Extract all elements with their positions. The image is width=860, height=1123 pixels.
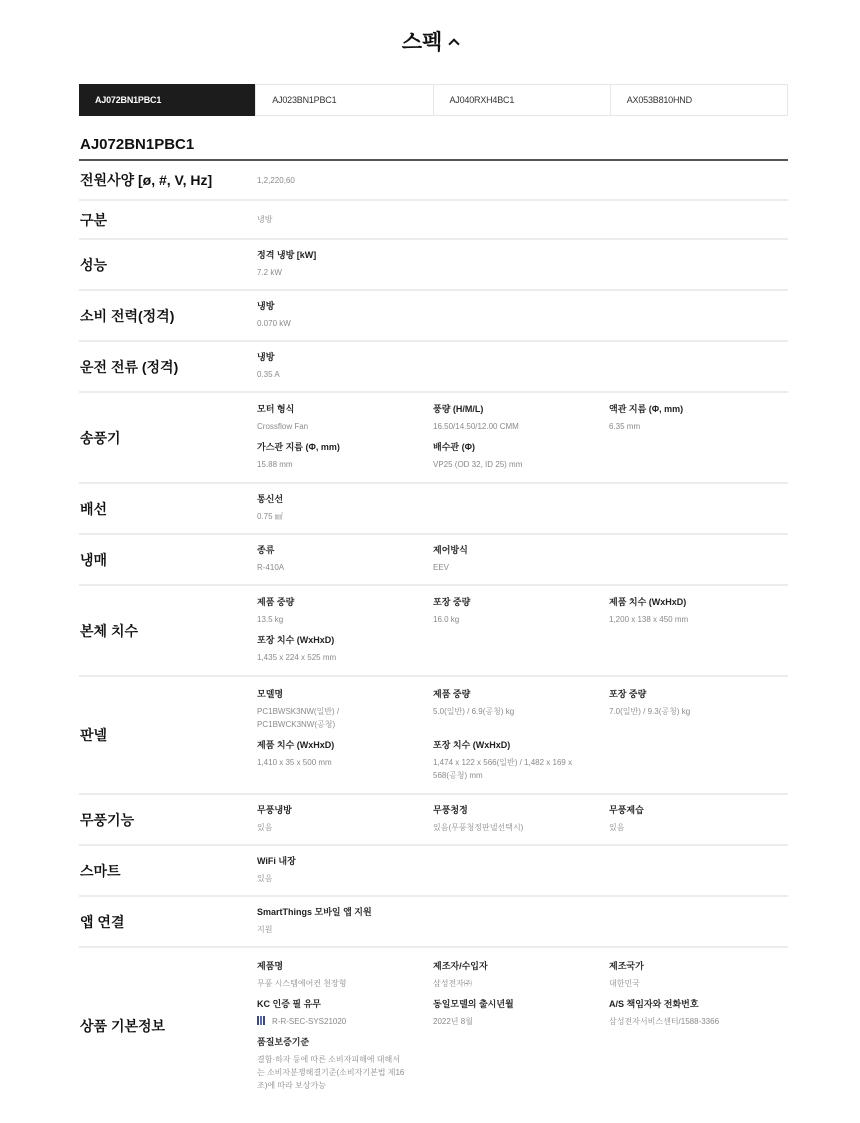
spec-item: WiFi 내장 있음: [257, 855, 433, 893]
spec-item: 배수관 (Φ) VP25 (OD 32, ID 25) mm: [433, 441, 609, 479]
spec-item-name: 제조국가: [609, 960, 785, 973]
spec-item: 무풍냉방 있음: [257, 804, 433, 842]
page-title: 스펙: [402, 26, 443, 56]
kc-cert-number: R-R-SEC-SYS21020: [272, 1017, 346, 1026]
spec-item-value: 7.0(일반) / 9.3(공청) kg: [609, 705, 785, 718]
spec-item-name: SmartThings 모바일 앱 지원: [257, 906, 557, 919]
spec-section-header: 스펙: [0, 26, 860, 56]
spec-item-name: 배수관 (Φ): [433, 441, 609, 454]
spec-label: 본체 치수: [79, 621, 257, 641]
spec-value: 1,2,220,60: [257, 176, 295, 185]
spec-item-value: 있음: [257, 872, 433, 885]
spec-item-value: VP25 (OD 32, ID 25) mm: [433, 458, 609, 471]
spec-label: 구분: [79, 210, 257, 230]
model-tabs: AJ072BN1PBC1 AJ023BN1PBC1 AJ040RXH4BC1 A…: [79, 84, 788, 116]
spec-item-name: 무풍청정: [433, 804, 609, 817]
spec-item-name: 풍량 (H/M/L): [433, 403, 609, 416]
spec-item: KC 인증 필 유무 R-R-SEC-SYS21020: [257, 998, 433, 1036]
spec-label: 스마트: [79, 861, 257, 881]
spec-item-name: 포장 치수 (WxHxD): [433, 739, 609, 752]
spec-label: 앱 연결: [79, 912, 257, 932]
spec-row-type: 구분 냉방: [79, 201, 788, 240]
spec-item-name: 제품 치수 (WxHxD): [609, 596, 785, 609]
spec-item-value: 15.88 mm: [257, 458, 433, 471]
spec-item-name: 무풍냉방: [257, 804, 433, 817]
spec-item: 풍량 (H/M/L) 16.50/14.50/12.00 CMM: [433, 403, 609, 441]
spec-item: 무풍제습 있음: [609, 804, 785, 842]
spec-item-name: 제조자/수입자: [433, 960, 609, 973]
spec-item-name: 포장 중량: [609, 688, 785, 701]
spec-item-name: 액관 지름 (Φ, mm): [609, 403, 785, 416]
spec-item-value: 삼성전자㈜: [433, 977, 609, 990]
spec-label: 송풍기: [79, 428, 257, 448]
chevron-up-icon: [449, 38, 460, 49]
spec-item-name: A/S 책임자와 전화번호: [609, 998, 785, 1011]
spec-item-value: 6.35 mm: [609, 420, 785, 433]
spec-item-value: 있음: [257, 821, 433, 834]
spec-row-body-dimensions: 본체 치수 제품 중량 13.5 kg 포장 중량 16.0 kg 제품 치수 …: [79, 586, 788, 677]
spec-item: 무풍청정 있음(무풍청정판넬선택시): [433, 804, 609, 842]
spec-item-value: 1,410 x 35 x 500 mm: [257, 756, 433, 769]
spec-row-power-consumption: 소비 전력(정격) 냉방 0.070 kW: [79, 291, 788, 342]
spec-items: 정격 냉방 [kW] 7.2 kW: [257, 238, 788, 291]
spec-item: 동일모델의 출시년월 2022년 8월: [433, 998, 609, 1036]
spec-label: 상품 기본정보: [79, 1016, 257, 1036]
spec-label: 무풍기능: [79, 810, 257, 830]
spec-item-name: 동일모델의 출시년월: [433, 998, 609, 1011]
spec-item-name: 제품명: [257, 960, 433, 973]
spec-row-operating-current: 운전 전류 (정격) 냉방 0.35 A: [79, 342, 788, 393]
spec-items: 제품 중량 13.5 kg 포장 중량 16.0 kg 제품 치수 (WxHxD…: [257, 585, 788, 676]
spec-item-name: 무풍제습: [609, 804, 785, 817]
spec-item-name: 제어방식: [433, 544, 609, 557]
model-title: AJ072BN1PBC1: [80, 136, 194, 153]
spec-row-basic-info: 상품 기본정보 제품명 무풍 시스템에어컨 천장형 제조자/수입자 삼성전자㈜ …: [79, 948, 788, 1104]
spec-item-name: 가스관 지름 (Φ, mm): [257, 441, 433, 454]
spec-item-name: 모델명: [257, 688, 433, 701]
spec-item-name: 품질보증기준: [257, 1036, 433, 1049]
spec-item-name: 포장 치수 (WxHxD): [257, 634, 433, 647]
spec-item: 정격 냉방 [kW] 7.2 kW: [257, 249, 433, 287]
spec-item-value: 0.070 kW: [257, 317, 433, 330]
spec-item: 제품 중량 13.5 kg: [257, 596, 433, 634]
spec-items: WiFi 내장 있음: [257, 844, 788, 897]
spec-value: 냉방: [257, 214, 272, 225]
spec-item: 품질보증기준 결함·하자 등에 따른 소비자피해에 대해서는 소비자분쟁해결기준…: [257, 1036, 433, 1100]
spec-item-value: 삼성전자서비스센터/1588-3366: [609, 1015, 785, 1028]
spec-label: 운전 전류 (정격): [79, 357, 257, 377]
spec-item: 포장 중량 16.0 kg: [433, 596, 609, 634]
spec-item-name: 냉방: [257, 300, 433, 313]
spec-item: 통신선 0.75 ㎟: [257, 493, 433, 531]
spec-item-value: 있음(무풍청정판넬선택시): [433, 821, 609, 834]
spec-item-name: KC 인증 필 유무: [257, 998, 433, 1011]
tab-model-1[interactable]: AJ072BN1PBC1: [79, 84, 255, 116]
spec-item: 제품 중량 5.0(일반) / 6.9(공청) kg: [433, 688, 609, 739]
spec-table: 전원사양 [ø, #, V, Hz] 1,2,220,60 구분 냉방 성능 정…: [79, 159, 788, 1104]
spec-items: 모터 형식 Crossflow Fan 풍량 (H/M/L) 16.50/14.…: [257, 392, 788, 483]
spec-item-value: 1,200 x 138 x 450 mm: [609, 613, 785, 626]
spec-item: A/S 책임자와 전화번호 삼성전자서비스센터/1588-3366: [609, 998, 785, 1036]
spec-item-value: 0.35 A: [257, 368, 433, 381]
spec-item: 제조국가 대한민국: [609, 960, 785, 998]
spec-item-name: 통신선: [257, 493, 433, 506]
spec-item: 모델명 PC1BWSK3NW(일반) / PC1BWCK3NW(공청): [257, 688, 433, 739]
spec-item: 제조자/수입자 삼성전자㈜: [433, 960, 609, 998]
spec-item-value: 2022년 8월: [433, 1015, 609, 1028]
spec-item-value: 16.50/14.50/12.00 CMM: [433, 420, 609, 433]
spec-row-smart: 스마트 WiFi 내장 있음: [79, 846, 788, 897]
spec-item: 포장 중량 7.0(일반) / 9.3(공청) kg: [609, 688, 785, 739]
spec-label: 성능: [79, 255, 257, 275]
spec-item-value: 무풍 시스템에어컨 천장형: [257, 977, 433, 990]
spec-item: 포장 치수 (WxHxD) 1,435 x 224 x 525 mm: [257, 634, 433, 672]
spec-item: 냉방 0.35 A: [257, 351, 433, 389]
spec-row-power: 전원사양 [ø, #, V, Hz] 1,2,220,60: [79, 161, 788, 201]
spec-label: 배선: [79, 499, 257, 519]
tab-model-2[interactable]: AJ023BN1PBC1: [255, 85, 432, 115]
spec-item-value: Crossflow Fan: [257, 420, 433, 433]
spec-label: 판넬: [79, 725, 257, 745]
spec-item-value: 대한민국: [609, 977, 785, 990]
spec-item: 냉방 0.070 kW: [257, 300, 433, 338]
spec-items: SmartThings 모바일 앱 지원 지원: [257, 895, 788, 948]
spec-item: 제어방식 EEV: [433, 544, 609, 582]
spec-row-performance: 성능 정격 냉방 [kW] 7.2 kW: [79, 240, 788, 291]
spec-item-name: 모터 형식: [257, 403, 433, 416]
spec-toggle-button[interactable]: 스펙: [402, 26, 459, 56]
spec-items: 냉방 0.35 A: [257, 340, 788, 393]
spec-items: 제품명 무풍 시스템에어컨 천장형 제조자/수입자 삼성전자㈜ 제조국가 대한민…: [257, 949, 788, 1104]
spec-row-wiring: 배선 통신선 0.75 ㎟: [79, 484, 788, 535]
spec-item-name: 제품 치수 (WxHxD): [257, 739, 433, 752]
spec-item-value: 5.0(일반) / 6.9(공청) kg: [433, 705, 609, 718]
spec-item: 가스관 지름 (Φ, mm) 15.88 mm: [257, 441, 433, 479]
spec-item-value: R-410A: [257, 561, 433, 574]
spec-item-value: 0.75 ㎟: [257, 510, 433, 523]
spec-item: SmartThings 모바일 앱 지원 지원: [257, 906, 557, 944]
spec-label: 소비 전력(정격): [79, 306, 257, 326]
spec-row-app: 앱 연결 SmartThings 모바일 앱 지원 지원: [79, 897, 788, 948]
spec-item-name: 제품 중량: [433, 688, 609, 701]
spec-item-value: 1,474 x 122 x 566(일반) / 1,482 x 169 x 56…: [433, 756, 583, 782]
spec-item-value: 지원: [257, 923, 557, 936]
spec-items: 무풍냉방 있음 무풍청정 있음(무풍청정판넬선택시) 무풍제습 있음: [257, 793, 788, 846]
spec-item-name: 정격 냉방 [kW]: [257, 249, 433, 262]
spec-item-name: WiFi 내장: [257, 855, 433, 868]
spec-item: 액관 지름 (Φ, mm) 6.35 mm: [609, 403, 785, 441]
spec-row-panel: 판넬 모델명 PC1BWSK3NW(일반) / PC1BWCK3NW(공청) 제…: [79, 677, 788, 795]
spec-row-refrigerant: 냉매 종류 R-410A 제어방식 EEV: [79, 535, 788, 586]
spec-row-windfree: 무풍기능 무풍냉방 있음 무풍청정 있음(무풍청정판넬선택시) 무풍제습 있음: [79, 795, 788, 846]
spec-item-name: 포장 중량: [433, 596, 609, 609]
spec-item-name: 냉방: [257, 351, 433, 364]
spec-item-name: 종류: [257, 544, 433, 557]
spec-items: 냉방 0.070 kW: [257, 289, 788, 342]
spec-item-value: 결함·하자 등에 따른 소비자피해에 대해서는 소비자분쟁해결기준(소비자기본법…: [257, 1053, 407, 1092]
spec-label: 냉매: [79, 550, 257, 570]
spec-item-value: 7.2 kW: [257, 266, 433, 279]
spec-items: 모델명 PC1BWSK3NW(일반) / PC1BWCK3NW(공청) 제품 중…: [257, 677, 788, 794]
spec-item: 모터 형식 Crossflow Fan: [257, 403, 433, 441]
tab-model-4[interactable]: AX053B810HND: [610, 85, 787, 115]
spec-item: 종류 R-410A: [257, 544, 433, 582]
spec-item-value: 있음: [609, 821, 785, 834]
spec-item-value: PC1BWSK3NW(일반) / PC1BWCK3NW(공청): [257, 705, 407, 731]
spec-item: 포장 치수 (WxHxD) 1,474 x 122 x 566(일반) / 1,…: [433, 739, 609, 790]
spec-item-name: 제품 중량: [257, 596, 433, 609]
spec-item: 제품 치수 (WxHxD) 1,200 x 138 x 450 mm: [609, 596, 785, 634]
spec-items: 통신선 0.75 ㎟: [257, 482, 788, 535]
spec-item-value: EEV: [433, 561, 609, 574]
spec-item-value: 1,435 x 224 x 525 mm: [257, 651, 433, 664]
spec-items: 종류 R-410A 제어방식 EEV: [257, 533, 788, 586]
tab-model-3[interactable]: AJ040RXH4BC1: [433, 85, 610, 115]
spec-label: 전원사양 [ø, #, V, Hz]: [79, 170, 257, 190]
spec-item-value: R-R-SEC-SYS21020: [257, 1015, 433, 1028]
kc-mark-icon: [257, 1016, 265, 1025]
spec-item-value: 16.0 kg: [433, 613, 609, 626]
spec-item: 제품 치수 (WxHxD) 1,410 x 35 x 500 mm: [257, 739, 433, 790]
spec-item-value: 13.5 kg: [257, 613, 433, 626]
spec-row-blower: 송풍기 모터 형식 Crossflow Fan 풍량 (H/M/L) 16.50…: [79, 393, 788, 484]
spec-item: 제품명 무풍 시스템에어컨 천장형: [257, 960, 433, 998]
